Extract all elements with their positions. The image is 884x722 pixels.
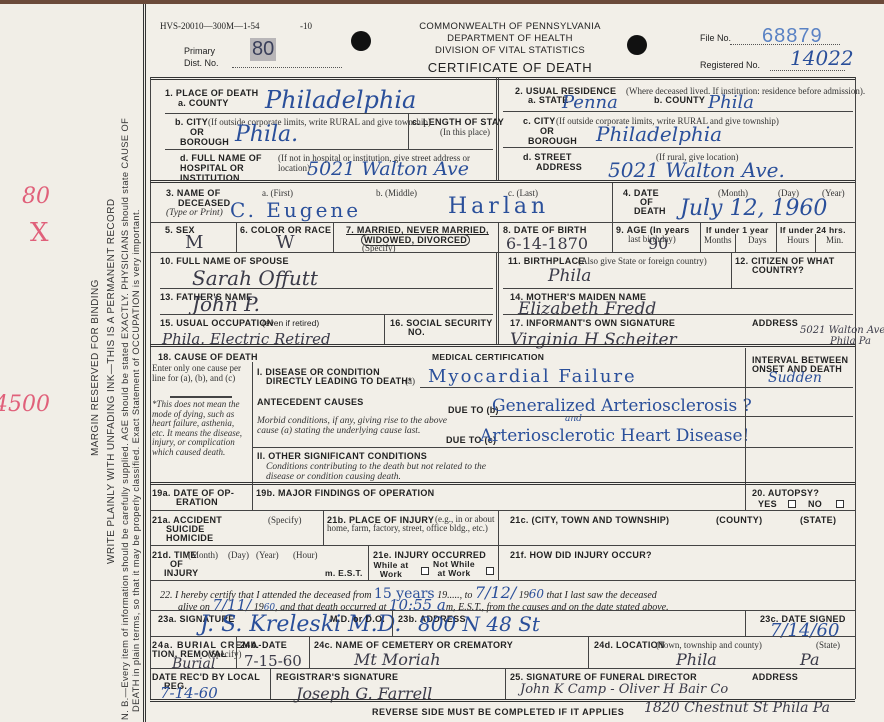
rule <box>392 610 393 636</box>
birthplace-value: Phila <box>548 266 591 286</box>
rule <box>496 252 499 344</box>
while-at-work-label: While at Work <box>373 561 409 579</box>
death-certificate: MARGIN RESERVED FOR BINDING WRITE PLAINL… <box>0 0 884 722</box>
age-value: 90 <box>648 234 668 253</box>
death-city-value: Phila. <box>235 122 298 147</box>
margin-nb-line1: N. B.—Every item of information should b… <box>120 118 130 720</box>
death-borough-label: BOROUGH <box>180 137 229 147</box>
residence-city-value: Philadelphia <box>596 122 722 146</box>
rule <box>236 222 237 252</box>
dist-no-line <box>232 67 342 68</box>
cemetery-label: 24c. NAME OF CEMETERY OR CREMATORY <box>314 640 513 650</box>
margin-nb-line2: DEATH in plain terms, so that it may be … <box>131 209 141 712</box>
agency-line-2: DEPARTMENT OF HEALTH <box>360 33 660 44</box>
accident-specify: (Specify) <box>268 515 302 525</box>
part-1-label-2: DIRECTLY LEADING TO DEATH* <box>266 376 412 386</box>
cause-label: 18. CAUSE OF DEATH <box>158 352 258 362</box>
rule <box>503 314 853 315</box>
cause-c-value: Arteriosclerotic Heart Disease! <box>480 426 749 446</box>
rule <box>252 484 253 510</box>
rule <box>236 636 237 668</box>
informant-label: 17. INFORMANT'S OWN SIGNATURE <box>510 318 675 328</box>
margin-binding-text: MARGIN RESERVED FOR BINDING <box>90 279 101 456</box>
rule <box>252 362 253 484</box>
rule <box>612 183 613 222</box>
document-title: CERTIFICATE OF DEATH <box>360 60 660 75</box>
homicide-label: HOMICIDE <box>166 533 213 543</box>
registered-no-label: Registered No. <box>700 60 760 70</box>
cause-a-prefix: (a) <box>405 376 415 386</box>
rule <box>408 113 409 149</box>
occupation-note: (even if retired) <box>262 318 319 328</box>
rule <box>503 147 853 148</box>
cause-a-value: Myocardial Failure <box>428 366 637 387</box>
rule <box>498 510 499 545</box>
under-1-year-label: If under 1 year <box>706 225 769 235</box>
rule <box>170 396 232 398</box>
death-city-or: OR <box>190 127 204 137</box>
autopsy-yes-checkbox[interactable] <box>788 500 796 508</box>
rule <box>150 222 855 223</box>
burial-value: Burial <box>172 656 215 672</box>
rule <box>498 222 499 252</box>
rule <box>745 610 746 636</box>
rule <box>323 510 324 545</box>
location-note: (Town, township and county) <box>656 640 762 650</box>
informant-value: Virginia H Scheiter <box>510 330 677 350</box>
injury-day-label: (Day) <box>228 550 249 560</box>
ssn-label-2: NO. <box>408 327 425 337</box>
rule <box>165 149 493 150</box>
residence-street-value: 5021 Walton Ave. <box>608 158 785 182</box>
sex-value: M <box>185 232 203 253</box>
rule <box>150 668 855 669</box>
residence-city-label: c. CITY <box>523 116 556 126</box>
residence-address-label: ADDRESS <box>536 162 582 172</box>
injury-state-label: (STATE) <box>800 515 836 525</box>
residence-city-or: OR <box>540 126 554 136</box>
rule <box>150 580 855 581</box>
cause-instruction-2: *This does not mean the mode of dying, s… <box>152 400 248 457</box>
injury-county-label: (COUNTY) <box>716 515 762 525</box>
rule <box>490 416 745 417</box>
hours-label: Hours <box>787 235 809 245</box>
funeral-director-label: 25. SIGNATURE OF FUNERAL DIRECTOR <box>510 672 697 682</box>
residence-county-label: b. COUNTY <box>654 95 705 105</box>
rule <box>150 482 855 485</box>
rule <box>150 344 855 347</box>
death-city-label: b. CITY <box>175 117 208 127</box>
cause-instruction-1: Enter only one cause per line for (a), (… <box>152 364 248 383</box>
rule <box>731 252 732 288</box>
rule <box>745 484 746 510</box>
funeral-address-label: ADDRESS <box>752 672 798 682</box>
date-signed-value: 7/14/60 <box>770 620 839 641</box>
operation-findings-label: 19b. MAJOR FINDINGS OF OPERATION <box>256 488 434 498</box>
rule <box>588 636 589 668</box>
cemetery-value: Mt Moriah <box>354 650 441 669</box>
rule <box>503 111 853 112</box>
father-value: John P. <box>192 292 260 316</box>
funeral-address-value: 1820 Chestnut St Phila Pa <box>644 700 830 716</box>
margin-border <box>143 4 146 722</box>
cause-b-value: Generalized Arteriosclerosis ? <box>492 396 752 416</box>
form-code: HVS-20010—300M—1-54 <box>160 21 260 31</box>
rule <box>503 288 853 289</box>
name-label-3: (Type or Print) <box>166 208 223 218</box>
injury-city-label: 21c. (CITY, TOWN AND TOWNSHIP) <box>510 515 669 525</box>
injury-mest-label: m. E.S.T. <box>325 568 363 578</box>
physician-address-value: 800 N 48 St <box>418 612 540 636</box>
pencil-note-80: 80 <box>22 184 50 209</box>
injury-hour-label: (Hour) <box>293 550 318 560</box>
residence-county-value: Phila <box>708 92 754 113</box>
dist-no-label: Dist. No. <box>184 58 219 68</box>
autopsy-no-label: NO <box>808 499 822 509</box>
file-no-value: 68879 <box>762 25 823 48</box>
rule <box>150 180 855 183</box>
section-1-2-divider <box>496 77 499 181</box>
rule <box>309 636 310 668</box>
place-of-death-label: 1. PLACE OF DEATH <box>165 88 258 98</box>
rule <box>150 252 855 253</box>
rule <box>384 314 385 344</box>
primary-label: Primary <box>184 46 215 56</box>
form-code-suffix: -10 <box>300 21 312 31</box>
rule <box>160 314 493 315</box>
injury-month-label: (Month) <box>188 550 218 560</box>
time-of-injury-injury: INJURY <box>164 568 198 578</box>
mother-value: Elizabeth Fredd <box>518 299 656 319</box>
interval-a-value: Sudden <box>768 370 822 386</box>
rule <box>270 668 271 699</box>
residence-street-label: d. STREET <box>523 152 572 162</box>
days-label: Days <box>748 235 767 245</box>
rule <box>150 610 855 611</box>
middle-name-label: b. (Middle) <box>376 188 417 198</box>
length-of-stay-note: (In this place) <box>440 127 490 137</box>
form-left-border <box>150 77 151 699</box>
file-no-label: File No. <box>700 33 731 43</box>
while-at-work-checkbox[interactable] <box>421 567 429 575</box>
binding-margin: MARGIN RESERVED FOR BINDING WRITE PLAINL… <box>0 4 146 722</box>
autopsy-no-checkbox[interactable] <box>836 500 844 508</box>
date-of-death-value: July 12, 1960 <box>680 196 827 221</box>
rule <box>815 234 816 252</box>
min-label: Min. <box>826 235 843 245</box>
md-do-label: M.D. or D.O. <box>330 614 385 624</box>
rule <box>150 510 855 511</box>
occupation-label: 15. USUAL OCCUPATION <box>160 318 274 328</box>
hospital-value: 5021 Walton Ave <box>307 158 469 180</box>
death-county-value: Philadelphia <box>265 86 416 114</box>
autopsy-yes-label: YES <box>758 499 777 509</box>
rule <box>420 387 745 388</box>
injury-year-label: (Year) <box>256 550 279 560</box>
rule <box>505 668 506 699</box>
margin-write-plainly-text: WRITE PLAINLY WITH UNFADING INK—THIS IS … <box>106 199 117 564</box>
dob-value: 6-14-1870 <box>506 234 588 253</box>
rule <box>498 545 499 580</box>
death-county-label: a. COUNTY <box>178 98 229 108</box>
how-injury-label: 21f. HOW DID INJURY OCCUR? <box>510 550 652 560</box>
location-state-label: (State) <box>816 640 840 650</box>
spouse-label: 10. FULL NAME OF SPOUSE <box>160 256 289 266</box>
rule <box>612 222 613 252</box>
residence-state-value: Penna <box>562 92 618 113</box>
form-right-border <box>855 77 856 699</box>
operation-date-label-2: ERATION <box>176 497 218 507</box>
birthplace-label: 11. BIRTHPLACE <box>508 256 585 266</box>
race-value: W <box>276 232 295 253</box>
citizen-label-2: COUNTRY? <box>752 265 804 275</box>
not-while-at-work-checkbox[interactable] <box>486 567 494 575</box>
morbid-note: Morbid conditions, if any, giving rise t… <box>257 416 457 436</box>
rule <box>253 447 853 448</box>
autopsy-label: 20. AUTOPSY? <box>752 488 819 498</box>
birthplace-note: (Also give State or foreign country) <box>578 256 707 266</box>
first-name-label: a. (First) <box>262 188 293 198</box>
last-name-value: Harlan <box>448 194 549 219</box>
part-2-note: Conditions contributing to the death but… <box>266 462 516 482</box>
disposition-date-label: 24b. DATE <box>240 640 287 650</box>
hospital-label: d. FULL NAME OF HOSPITAL OR INSTITUTION <box>180 153 270 183</box>
location-value: Phila <box>676 650 717 669</box>
rule <box>150 545 855 546</box>
length-of-stay-label: c. LENGTH OF STAY <box>412 117 504 127</box>
months-label: Months <box>704 235 732 245</box>
informant-address-1: 5021 Walton Ave <box>800 325 884 336</box>
rule <box>700 222 701 252</box>
primary-dist-stamp: 80 <box>250 38 276 61</box>
date-of-death-label-3: DEATH <box>634 206 666 216</box>
informant-address-label: ADDRESS <box>752 318 798 328</box>
pencil-note-x: X <box>30 218 49 248</box>
medical-certification-label: MEDICAL CERTIFICATION <box>432 352 544 362</box>
spouse-value: Sarah Offutt <box>192 266 318 290</box>
funeral-director-signature: John K Camp - Oliver H Bair Co <box>520 682 728 697</box>
location-state-value: Pa <box>800 650 820 669</box>
registrar-label: REGISTRAR'S SIGNATURE <box>276 672 398 682</box>
antecedent-label: ANTECEDENT CAUSES <box>257 397 364 407</box>
form-top-border <box>150 77 855 80</box>
first-name-value: C. Eugene <box>230 198 361 222</box>
pencil-note-4500: 4500 <box>0 392 50 417</box>
name-label-1: 3. NAME OF <box>166 188 221 198</box>
ssn-label: 16. SOCIAL SECURITY <box>390 318 493 328</box>
rule <box>745 387 853 388</box>
name-label-2: DECEASED <box>178 198 230 208</box>
registered-no-value: 14022 <box>790 46 854 70</box>
agency-line-3: DIVISION OF VITAL STATISTICS <box>360 45 660 56</box>
injury-place-note: (e.g., in or about home, farm, factory, … <box>327 515 497 533</box>
part-2-label: II. OTHER SIGNIFICANT CONDITIONS <box>257 451 427 461</box>
rule <box>776 222 777 252</box>
location-label: 24d. LOCATION <box>594 640 665 650</box>
agency-line-1: COMMONWEALTH OF PENNSYLVANIA <box>360 21 660 32</box>
rule <box>165 113 493 114</box>
residence-borough-label: BOROUGH <box>528 136 577 146</box>
under-24-hrs-label: If under 24 hrs. <box>780 225 846 235</box>
rule <box>745 416 853 417</box>
registered-no-line <box>770 70 845 71</box>
not-while-at-work-label: Not While at Work <box>432 560 476 578</box>
rule <box>735 234 736 252</box>
reverse-side-notice: REVERSE SIDE MUST BE COMPLETED IF IT APP… <box>372 707 624 717</box>
rule <box>150 636 855 637</box>
rule <box>368 545 369 580</box>
rule <box>333 222 334 252</box>
rule <box>160 288 493 289</box>
